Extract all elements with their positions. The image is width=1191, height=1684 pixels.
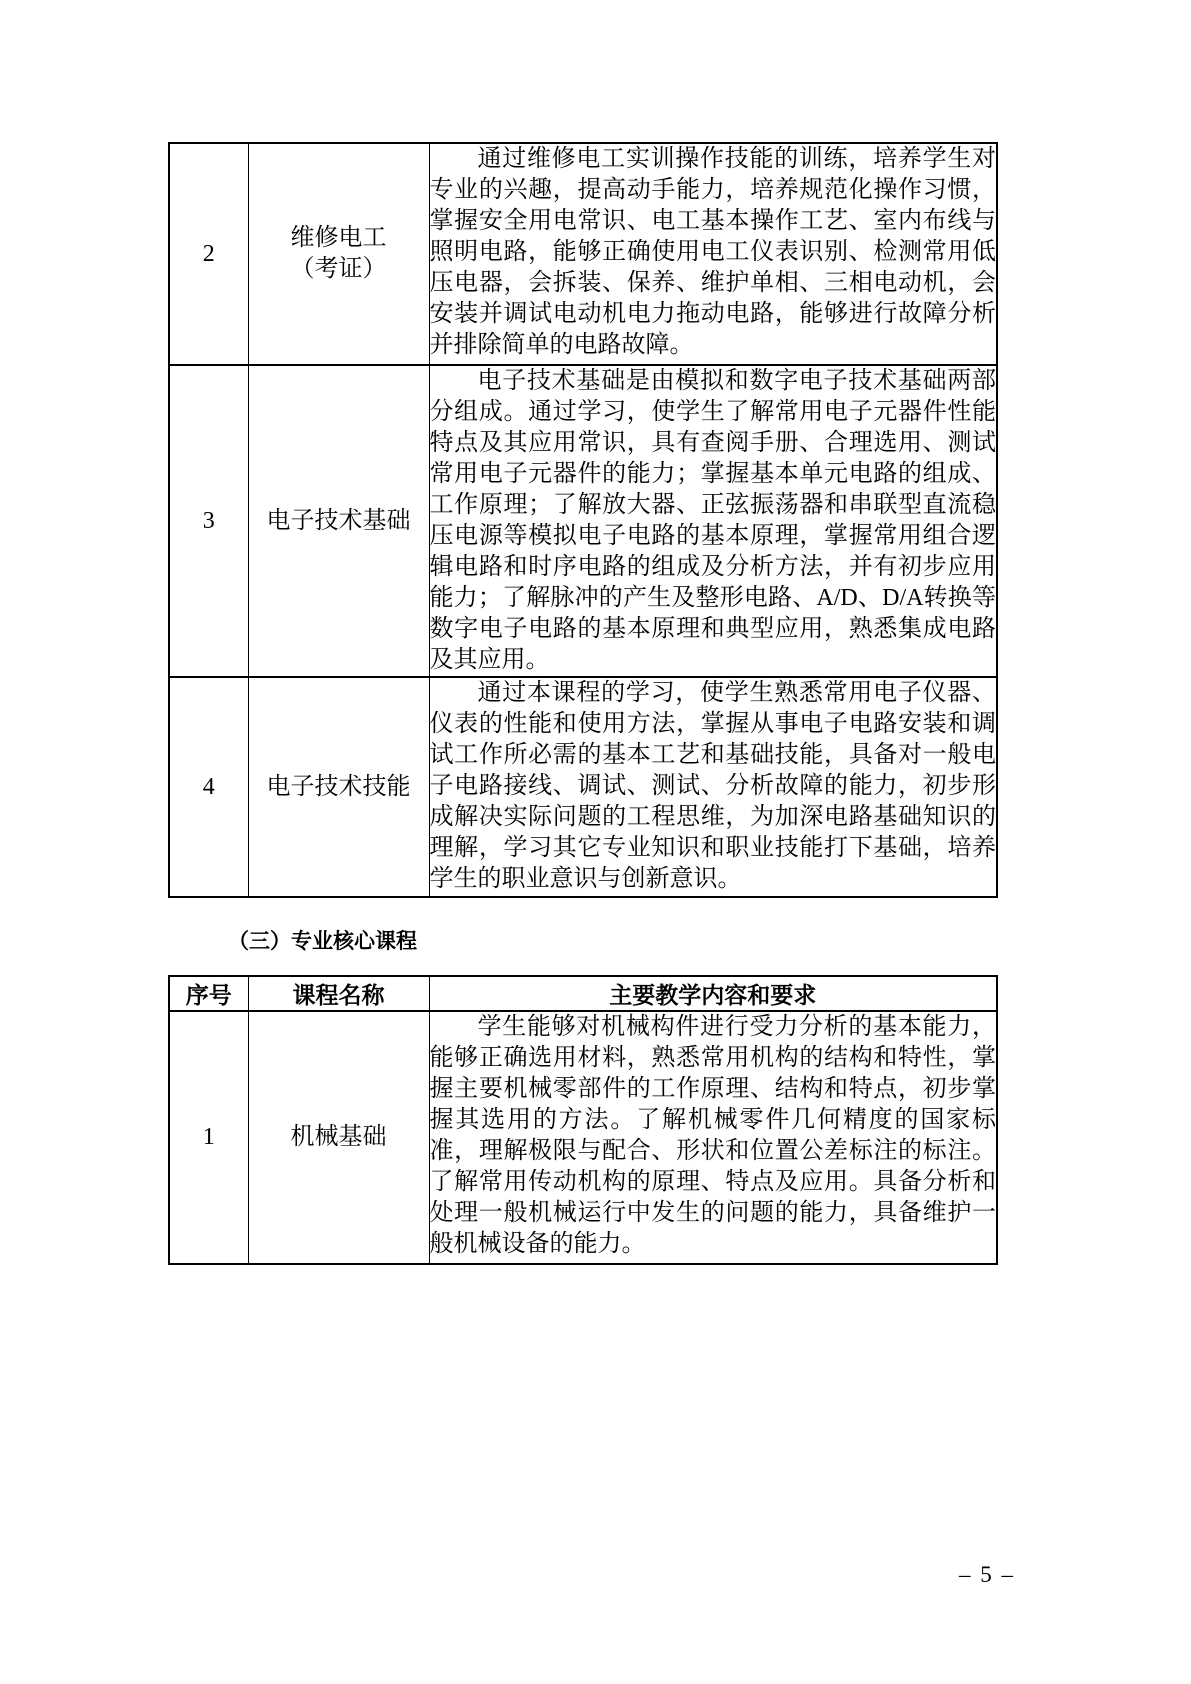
table-row: 1 机械基础 学生能够对机械构件进行受力分析的基本能力，能够正确选用材料，熟悉常…: [169, 1011, 997, 1264]
course-name-line1: 电子技术基础: [249, 506, 429, 537]
row-number: 3: [169, 365, 248, 677]
page-number: – 5 –: [959, 1562, 1015, 1588]
course-description: 通过本课程的学习，使学生熟悉常用电子仪器、仪表的性能和使用方法，掌握从事电子电路…: [430, 678, 997, 895]
core-course-table: 序号 课程名称 主要教学内容和要求 1 机械基础 学生能够对机械构件进行受力分析…: [168, 975, 998, 1265]
course-description: 学生能够对机械构件进行受力分析的基本能力，能够正确选用材料，熟悉常用机构的结构和…: [430, 1012, 997, 1260]
course-name: 机械基础: [248, 1011, 429, 1264]
course-name: 电子技术技能: [248, 677, 429, 897]
table-row: 2 维修电工 （考证） 通过维修电工实训操作技能的训练，培养学生对专业的兴趣，提…: [169, 143, 997, 365]
course-name-line1: 机械基础: [249, 1122, 429, 1153]
row-number: 2: [169, 143, 248, 365]
row-number: 4: [169, 677, 248, 897]
course-name: 电子技术基础: [248, 365, 429, 677]
basic-course-table-continuation: 2 维修电工 （考证） 通过维修电工实训操作技能的训练，培养学生对专业的兴趣，提…: [168, 142, 998, 898]
header-teaching-content: 主要教学内容和要求: [429, 976, 997, 1011]
course-description-cell: 通过维修电工实训操作技能的训练，培养学生对专业的兴趣，提高动手能力，培养规范化操…: [429, 143, 997, 365]
header-course-name: 课程名称: [248, 976, 429, 1011]
course-name-line2: （考证）: [249, 254, 429, 285]
course-description-cell: 通过本课程的学习，使学生熟悉常用电子仪器、仪表的性能和使用方法，掌握从事电子电路…: [429, 677, 997, 897]
course-name-line1: 维修电工: [249, 223, 429, 254]
course-description-cell: 电子技术基础是由模拟和数字电子技术基础两部分组成。通过学习，使学生了解常用电子元…: [429, 365, 997, 677]
course-description: 电子技术基础是由模拟和数字电子技术基础两部分组成。通过学习，使学生了解常用电子元…: [430, 366, 997, 676]
header-seq-no: 序号: [169, 976, 248, 1011]
course-description-cell: 学生能够对机械构件进行受力分析的基本能力，能够正确选用材料，熟悉常用机构的结构和…: [429, 1011, 997, 1264]
document-page: 2 维修电工 （考证） 通过维修电工实训操作技能的训练，培养学生对专业的兴趣，提…: [0, 0, 1191, 1684]
table-row: 3 电子技术基础 电子技术基础是由模拟和数字电子技术基础两部分组成。通过学习，使…: [169, 365, 997, 677]
course-description: 通过维修电工实训操作技能的训练，培养学生对专业的兴趣，提高动手能力，培养规范化操…: [430, 144, 997, 361]
table-row: 4 电子技术技能 通过本课程的学习，使学生熟悉常用电子仪器、仪表的性能和使用方法…: [169, 677, 997, 897]
row-number: 1: [169, 1011, 248, 1264]
course-name-line1: 电子技术技能: [249, 772, 429, 803]
table-header-row: 序号 课程名称 主要教学内容和要求: [169, 976, 997, 1011]
section-heading: （三）专业核心课程: [228, 926, 417, 958]
course-name: 维修电工 （考证）: [248, 143, 429, 365]
